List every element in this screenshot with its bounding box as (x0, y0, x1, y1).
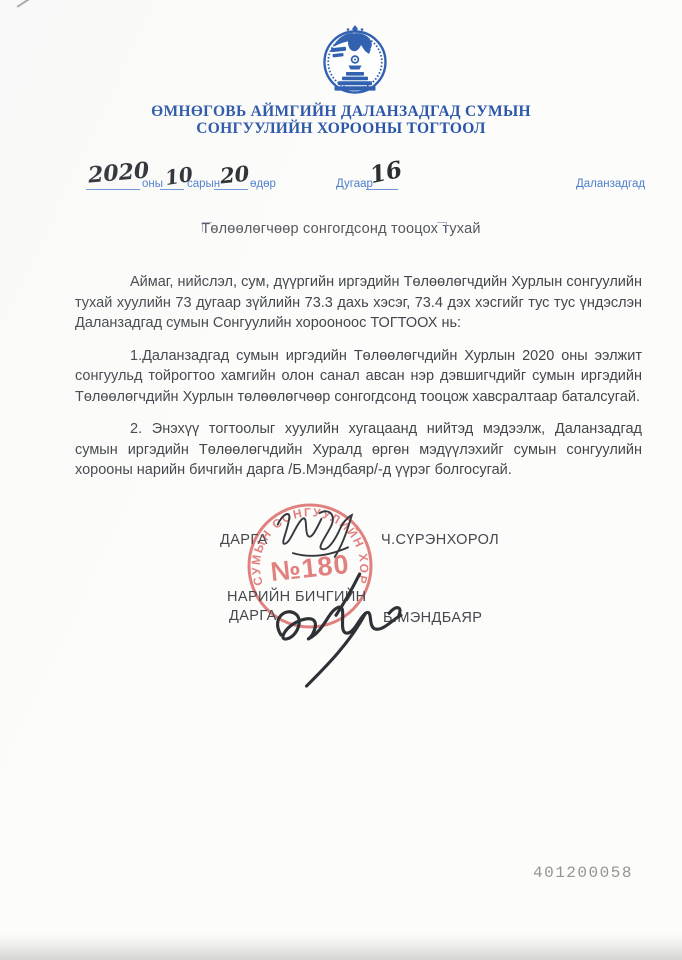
number-underline (366, 189, 398, 190)
title-corner-bracket-right (437, 222, 447, 232)
year-underline (86, 189, 140, 190)
handwritten-year: 2020 (87, 157, 150, 188)
handwritten-day: 20 (219, 161, 251, 189)
document-title: Төлөөлөгчөөр сонгогдсонд тооцох тухай (0, 221, 682, 237)
organization-title-line2: СОНГУУЛИЙН ХОРООНЫ ТОГТООЛ (0, 120, 682, 137)
mongolia-state-emblem-icon (313, 24, 397, 104)
body-paragraph-3: 2. Энэхүү тогтоолыг хуулийн хугацаанд ни… (75, 419, 642, 481)
day-label: өдөр (250, 178, 276, 190)
organization-title: ӨМНӨГОВЬ АЙМГИЙН ДАЛАНЗАДГАД СУМЫН СОНГУ… (0, 103, 682, 137)
place-label: Даланзадгад (576, 178, 645, 190)
body-paragraph-1: Аймаг, нийслэл, сум, дүүргийн иргэдийн Т… (75, 272, 642, 334)
chairman-signature (272, 505, 367, 567)
document-body: Аймаг, нийслэл, сум, дүүргийн иргэдийн Т… (75, 272, 642, 493)
scan-bottom-edge (0, 934, 682, 960)
month-underline (160, 189, 184, 190)
chairman-label: ДАРГА (220, 532, 268, 548)
handwritten-number: 16 (368, 156, 405, 189)
serial-number: 401200058 (533, 864, 633, 882)
staple-mark (16, 0, 46, 8)
body-paragraph-2: 1.Даланзадгад сумын иргэдийн Төлөөлөгчди… (75, 346, 642, 408)
organization-title-line1: ӨМНӨГОВЬ АЙМГИЙН ДАЛАНЗАДГАД СУМЫН (0, 103, 682, 120)
date-number-row: 2020 оны 10 сарын 20 өдөр Дугаар 16 Дала… (0, 160, 682, 200)
day-underline (214, 189, 248, 190)
secretary-signature (262, 572, 412, 690)
chairman-name: Ч.СҮРЭНХОРОЛ (381, 532, 499, 548)
scanned-resolution-document: ӨМНӨГОВЬ АЙМГИЙН ДАЛАНЗАДГАД СУМЫН СОНГУ… (0, 0, 682, 960)
